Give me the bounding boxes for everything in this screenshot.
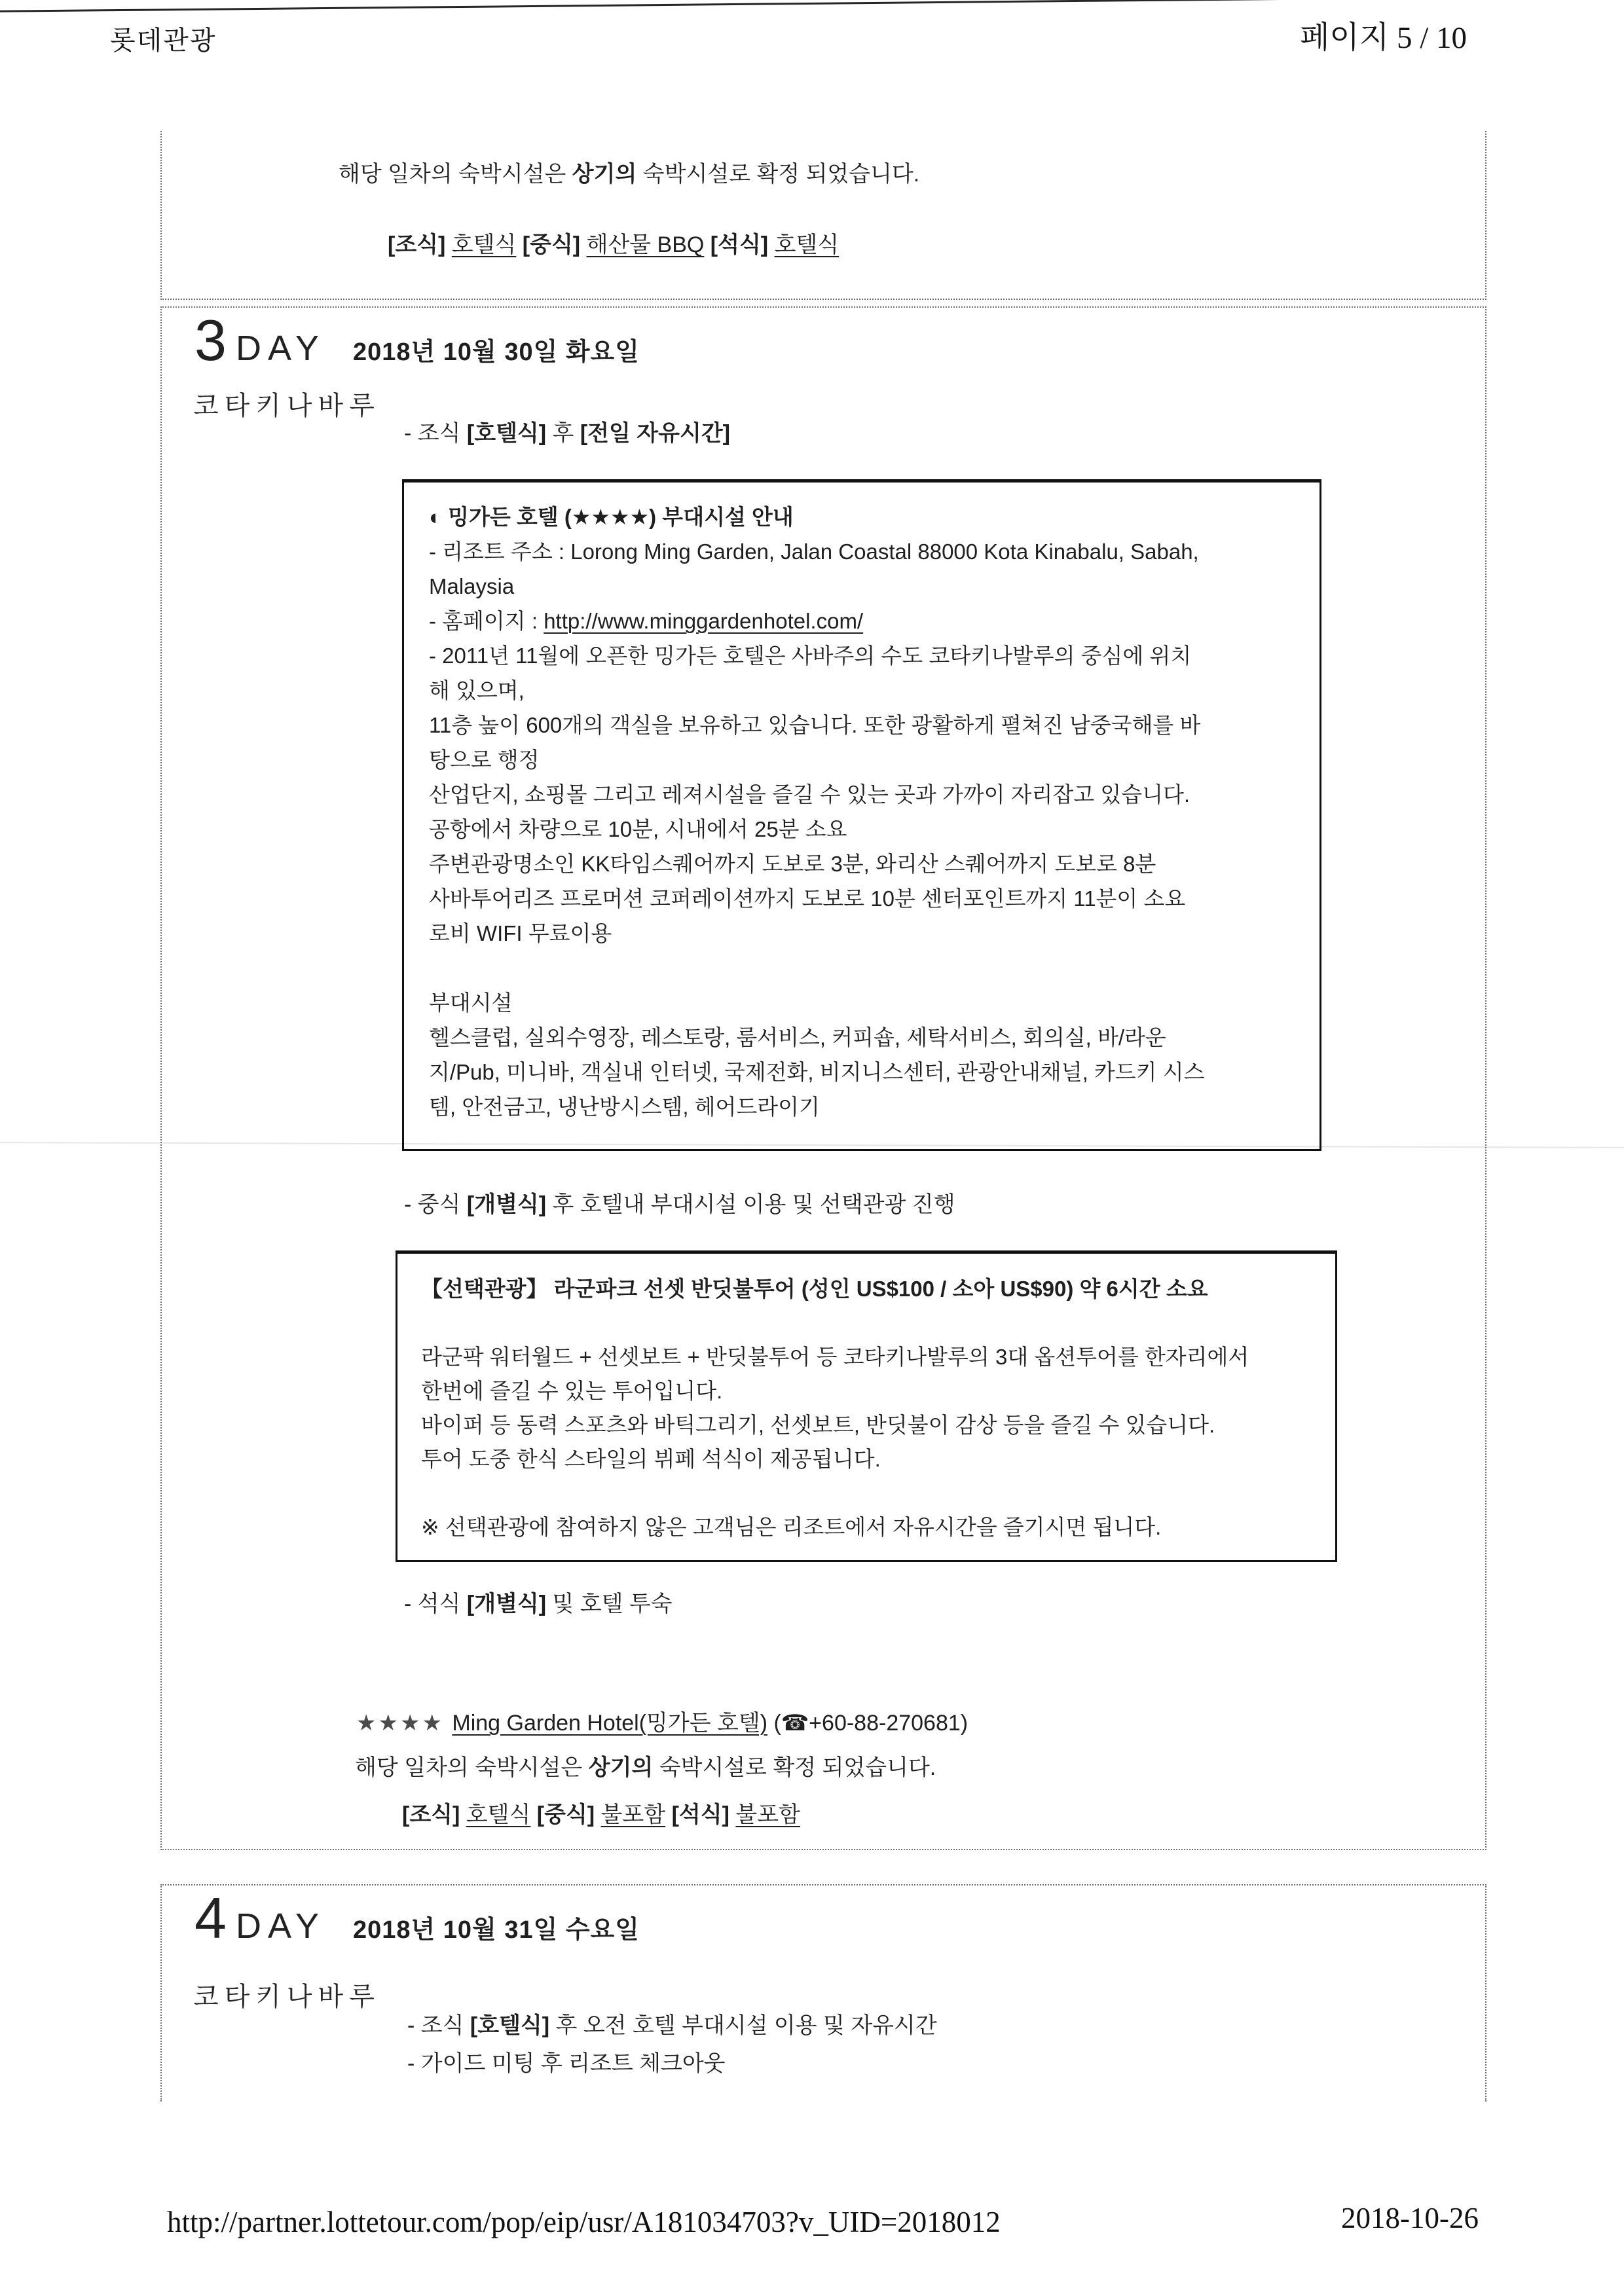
text-line: 11층 높이 600개의 객실을 보유하고 있습니다. 또한 광활하게 펼쳐진 …: [429, 708, 1295, 742]
brand-title: 롯데관광: [110, 20, 217, 57]
text-line: 템, 안전금고, 냉난방시스템, 헤어드라이기: [429, 1089, 1295, 1124]
hotel-info-box: ◐ 밍가든 호텔 (★★★★) 부대시설 안내 - 리조트 주소 : Loron…: [402, 479, 1321, 1151]
lunch-line: - 중식 [개별식] 후 호텔내 부대시설 이용 및 선택관광 진행: [404, 1190, 955, 1219]
accommodation-confirm-text: 해당 일차의 숙박시설은 상기의 숙박시설로 확정 되었습니다.: [355, 1753, 936, 1782]
text-line: 헬스클럽, 실외수영장, 레스토랑, 룸서비스, 커피숍, 세탁서비스, 회의실…: [429, 1020, 1295, 1055]
optional-tour-note: ※ 선택관광에 참여하지 않은 고객님은 리조트에서 자유시간을 즐기시면 됩니…: [421, 1510, 1312, 1544]
text-line: - 2011년 11월에 오픈한 밍가든 호텔은 사바주의 수도 코타키나발루의…: [429, 638, 1295, 673]
scanned-itinerary-page: 롯데관광 페이지 5 / 10 해당 일차의 숙박시설은 상기의 숙박시설로 확…: [0, 0, 1624, 2296]
text-line: 투어 도중 한식 스타일의 뷔페 석식이 제공됩니다.: [421, 1442, 1312, 1476]
meals-summary-text: [조식] 호텔식 [중식] 불포함 [석식] 불포함: [402, 1800, 800, 1829]
hotel-website-link[interactable]: http://www.minggardenhotel.com/: [544, 609, 863, 633]
breakfast-line: - 조식 [호텔식] 후 [전일 자유시간]: [404, 419, 730, 448]
breakfast-line: - 조식 [호텔식] 후 오전 호텔 부대시설 이용 및 자유시간: [407, 2011, 937, 2040]
hotel-info-lines: - 리조트 주소 : Lorong Ming Garden, Jalan Coa…: [429, 534, 1295, 1124]
text-line: 한번에 즐길 수 있는 투어입니다.: [421, 1374, 1312, 1408]
text-line: 사바투어리즈 프로머션 코퍼레이션까지 도보로 10분 센터포인트까지 11분이…: [429, 881, 1295, 916]
optional-tour-title: 【선택관광】 라군파크 선셋 반딧불투어 (성인 US$100 / 소아 US$…: [421, 1272, 1312, 1306]
day-label: DAY: [236, 328, 325, 369]
text-line: 바이퍼 등 동력 스포츠와 바틱그리기, 선셋보트, 반딧불이 감상 등을 즐길…: [421, 1408, 1312, 1442]
text-line: 지/Pub, 미니바, 객실내 인터넷, 국제전화, 비지니스센터, 관광안내채…: [429, 1055, 1295, 1089]
scan-edge-artifact: [0, 0, 1624, 12]
day3-header: 3 DAY 2018년 10월 30일 화요일: [194, 312, 640, 369]
dinner-line: - 석식 [개별식] 및 호텔 투숙: [404, 1590, 673, 1618]
hotel-name-line: ★★★★ Ming Garden Hotel(밍가든 호텔) (☎+60-88-…: [356, 1709, 968, 1738]
text-line: - 홈페이지 : http://www.minggardenhotel.com/: [429, 604, 1295, 638]
text-line: 해 있으며,: [429, 673, 1295, 708]
text-line: - 리조트 주소 : Lorong Ming Garden, Jalan Coa…: [429, 534, 1295, 569]
day-number: 3: [194, 312, 229, 369]
spacer: [421, 1476, 1312, 1510]
text-line: 로비 WIFI 무료이용: [429, 916, 1295, 951]
optional-tour-lines: 라군팍 워터월드 + 선셋보트 + 반딧불투어 등 코타키나발루의 3대 옵션투…: [421, 1340, 1312, 1476]
text-line: 주변관광명소인 KK타임스퀘어까지 도보로 3분, 와리산 스퀘어까지 도보로 …: [429, 847, 1295, 881]
text-line: 탕으로 행정: [429, 742, 1295, 777]
day-label: DAY: [236, 1906, 325, 1946]
day4-section: 4 DAY 2018년 10월 31일 수요일 코타키나바루 - 조식 [호텔식…: [160, 1884, 1486, 2102]
text-line: 라군팍 워터월드 + 선셋보트 + 반딧불투어 등 코타키나발루의 3대 옵션투…: [421, 1340, 1312, 1374]
text-line: 부대시설: [429, 985, 1295, 1020]
city-label: 코타키나바루: [193, 1976, 380, 2013]
footer-source-url: http://partner.lottetour.com/pop/eip/usr…: [167, 2205, 1001, 2239]
hotel-info-title: ◐ 밍가든 호텔 (★★★★) 부대시설 안내: [429, 500, 1295, 534]
text-line: [429, 951, 1295, 985]
meals-summary-text: [조식] 호텔식 [중식] 해산물 BBQ [석식] 호텔식: [388, 230, 839, 259]
accommodation-confirm-text: 해당 일차의 숙박시설은 상기의 숙박시설로 확정 되었습니다.: [339, 160, 919, 189]
text-line: Malaysia: [429, 569, 1295, 604]
spacer: [421, 1306, 1312, 1340]
previous-day-section: 해당 일차의 숙박시설은 상기의 숙박시설로 확정 되었습니다. [조식] 호텔…: [160, 131, 1486, 300]
day-date: 2018년 10월 30일 화요일: [353, 331, 640, 367]
optional-tour-box: 【선택관광】 라군파크 선셋 반딧불투어 (성인 US$100 / 소아 US$…: [396, 1250, 1337, 1562]
city-label: 코타키나바루: [193, 385, 380, 422]
day-date: 2018년 10월 31일 수요일: [353, 1909, 640, 1945]
text-line: 공항에서 차량으로 10분, 시내에서 25분 소요: [429, 812, 1295, 847]
day-number: 4: [194, 1889, 229, 1947]
day3-section: 3 DAY 2018년 10월 30일 화요일 코타키나바루 - 조식 [호텔식…: [160, 306, 1486, 1850]
page-indicator: 페이지 5 / 10: [1300, 13, 1467, 57]
text-line: 산업단지, 쇼핑몰 그리고 레져시설을 즐길 수 있는 곳과 가까이 자리잡고 …: [429, 777, 1295, 812]
day4-header: 4 DAY 2018년 10월 31일 수요일: [194, 1889, 640, 1947]
checkout-line: - 가이드 미팅 후 리조트 체크아웃: [407, 2049, 726, 2078]
footer-print-date: 2018-10-26: [1341, 2201, 1479, 2235]
